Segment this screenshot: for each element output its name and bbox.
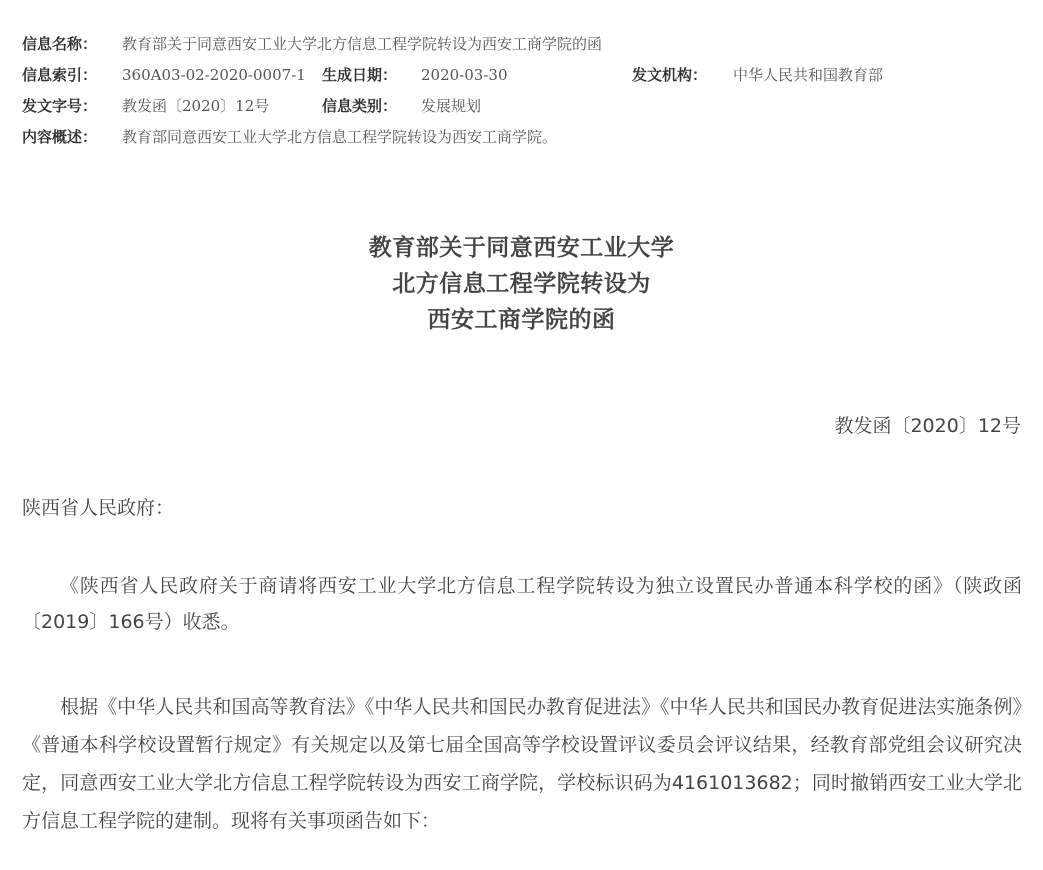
- date-value: 2020-03-30: [421, 63, 507, 87]
- meta-row-summary: 内容概述： 教育部同意西安工业大学北方信息工程学院转设为西安工商学院。: [22, 125, 1022, 156]
- meta-row-index: 信息索引： 360A03-02-2020-0007-1 生成日期： 2020-0…: [22, 63, 1022, 94]
- date-label: 生成日期：: [322, 63, 397, 87]
- info-name-label: 信息名称：: [22, 32, 97, 56]
- info-index-value: 360A03-02-2020-0007-1: [122, 63, 306, 87]
- info-index-label: 信息索引：: [22, 63, 97, 87]
- title-line-3: 西安工商学院的函: [0, 302, 1043, 338]
- document-metadata: 信息名称： 教育部关于同意西安工业大学北方信息工程学院转设为西安工商学院的函 信…: [22, 32, 1022, 156]
- meta-row-name: 信息名称： 教育部关于同意西安工业大学北方信息工程学院转设为西安工商学院的函: [22, 32, 1022, 63]
- paragraph-1: 《陕西省人民政府关于商请将西安工业大学北方信息工程学院转设为独立设置民办普通本科…: [22, 568, 1022, 640]
- title-line-2: 北方信息工程学院转设为: [0, 266, 1043, 302]
- category-label: 信息类别：: [322, 94, 397, 118]
- summary-value: 教育部同意西安工业大学北方信息工程学院转设为西安工商学院。: [122, 125, 557, 149]
- title-line-1: 教育部关于同意西安工业大学: [0, 230, 1043, 266]
- docno-value: 教发函〔2020〕12号: [122, 94, 269, 118]
- addressee: 陕西省人民政府：: [22, 490, 1022, 526]
- meta-row-docno: 发文字号： 教发函〔2020〕12号 信息类别： 发展规划: [22, 94, 1022, 125]
- document-title: 教育部关于同意西安工业大学 北方信息工程学院转设为 西安工商学院的函: [0, 230, 1043, 338]
- issuer-value: 中华人民共和国教育部: [733, 63, 883, 87]
- summary-label: 内容概述：: [22, 125, 97, 149]
- info-name-value: 教育部关于同意西安工业大学北方信息工程学院转设为西安工商学院的函: [122, 32, 602, 56]
- category-value: 发展规划: [421, 94, 481, 118]
- docno-label: 发文字号：: [22, 94, 97, 118]
- document-number: 教发函〔2020〕12号: [834, 411, 1021, 441]
- issuer-label: 发文机构：: [632, 63, 707, 87]
- paragraph-2: 根据《中华人民共和国高等教育法》《中华人民共和国民办教育促进法》《中华人民共和国…: [22, 688, 1022, 840]
